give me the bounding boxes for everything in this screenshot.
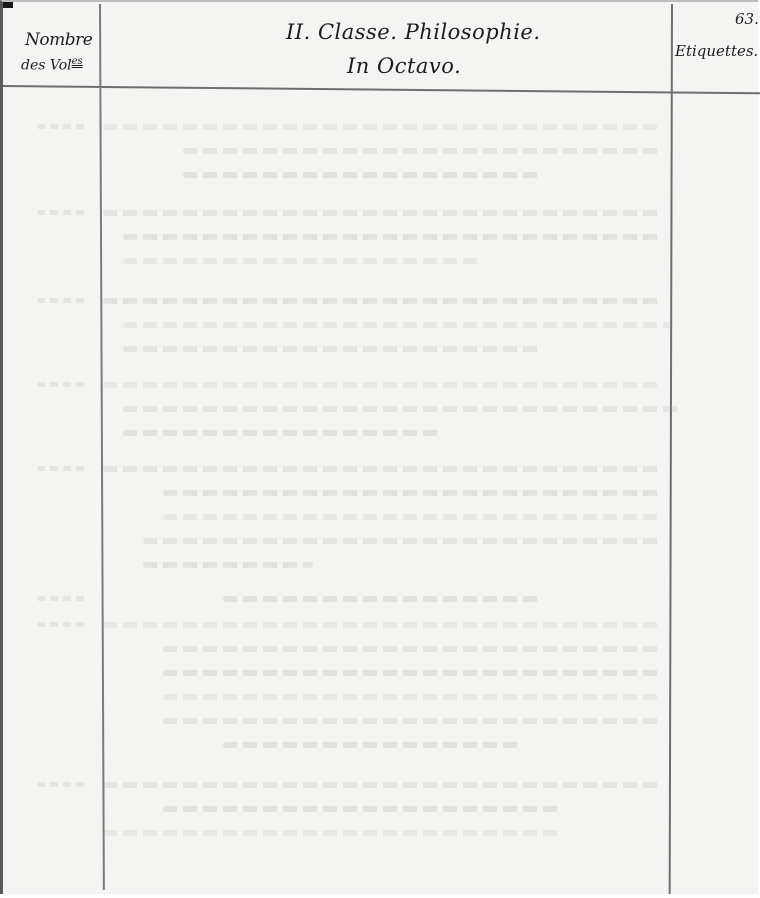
bleed-through-line	[123, 406, 683, 412]
bleed-through-margin-mark	[37, 782, 87, 787]
left-column-rule	[99, 4, 105, 890]
bleed-through-margin-mark	[37, 382, 87, 387]
bleed-through-line	[103, 210, 663, 216]
bleed-through-line	[183, 148, 663, 154]
bleed-through-line	[143, 538, 663, 544]
bleed-through-line	[223, 596, 543, 602]
bleed-through-line	[103, 782, 663, 788]
bleed-through-line	[123, 430, 443, 436]
bleed-through-line	[123, 234, 663, 240]
volumes-label-base: des Vol	[21, 58, 72, 74]
corner-mark	[3, 2, 13, 8]
bleed-through-line	[103, 466, 663, 472]
page-title-class: II. Classe. Philosophie.	[286, 20, 541, 44]
bleed-through-line	[123, 322, 673, 328]
bleed-through-line	[163, 490, 663, 496]
bleed-through-margin-mark	[37, 124, 87, 129]
page-title-format: In Octavo.	[347, 54, 461, 78]
bleed-through-line	[103, 830, 563, 836]
bleed-through-line	[103, 124, 663, 130]
bleed-through-margin-mark	[37, 210, 87, 215]
bleed-through-line	[163, 670, 663, 676]
volumes-column-header-line2: des Voles	[21, 56, 83, 74]
bleed-through-margin-mark	[37, 298, 87, 303]
bleed-through-line	[163, 718, 663, 724]
manuscript-page: Nombre des Voles II. Classe. Philosophie…	[0, 0, 758, 894]
bleed-through-line	[103, 622, 663, 628]
bleed-through-line	[163, 806, 563, 812]
bleed-through-line	[103, 382, 663, 388]
bleed-through-line	[163, 514, 663, 520]
volumes-column-header-line1: Nombre	[25, 30, 92, 50]
bleed-through-line	[123, 258, 483, 264]
bleed-through-text	[103, 102, 671, 882]
right-column-rule	[669, 4, 673, 894]
volumes-label-superscript: es	[72, 56, 83, 67]
labels-column-header: Etiquettes.	[675, 42, 758, 60]
bleed-through-line	[223, 742, 523, 748]
bleed-through-margin-mark	[37, 596, 87, 601]
bleed-through-line	[183, 172, 543, 178]
bleed-through-line	[103, 298, 663, 304]
bleed-through-line	[123, 346, 543, 352]
bleed-through-margin-mark	[37, 466, 87, 471]
bleed-through-line	[163, 694, 663, 700]
bleed-through-margin-mark	[37, 622, 87, 627]
bleed-through-line	[163, 646, 663, 652]
page-number: 63.	[735, 10, 759, 28]
bleed-through-line	[143, 562, 313, 568]
header-rule	[3, 85, 760, 94]
